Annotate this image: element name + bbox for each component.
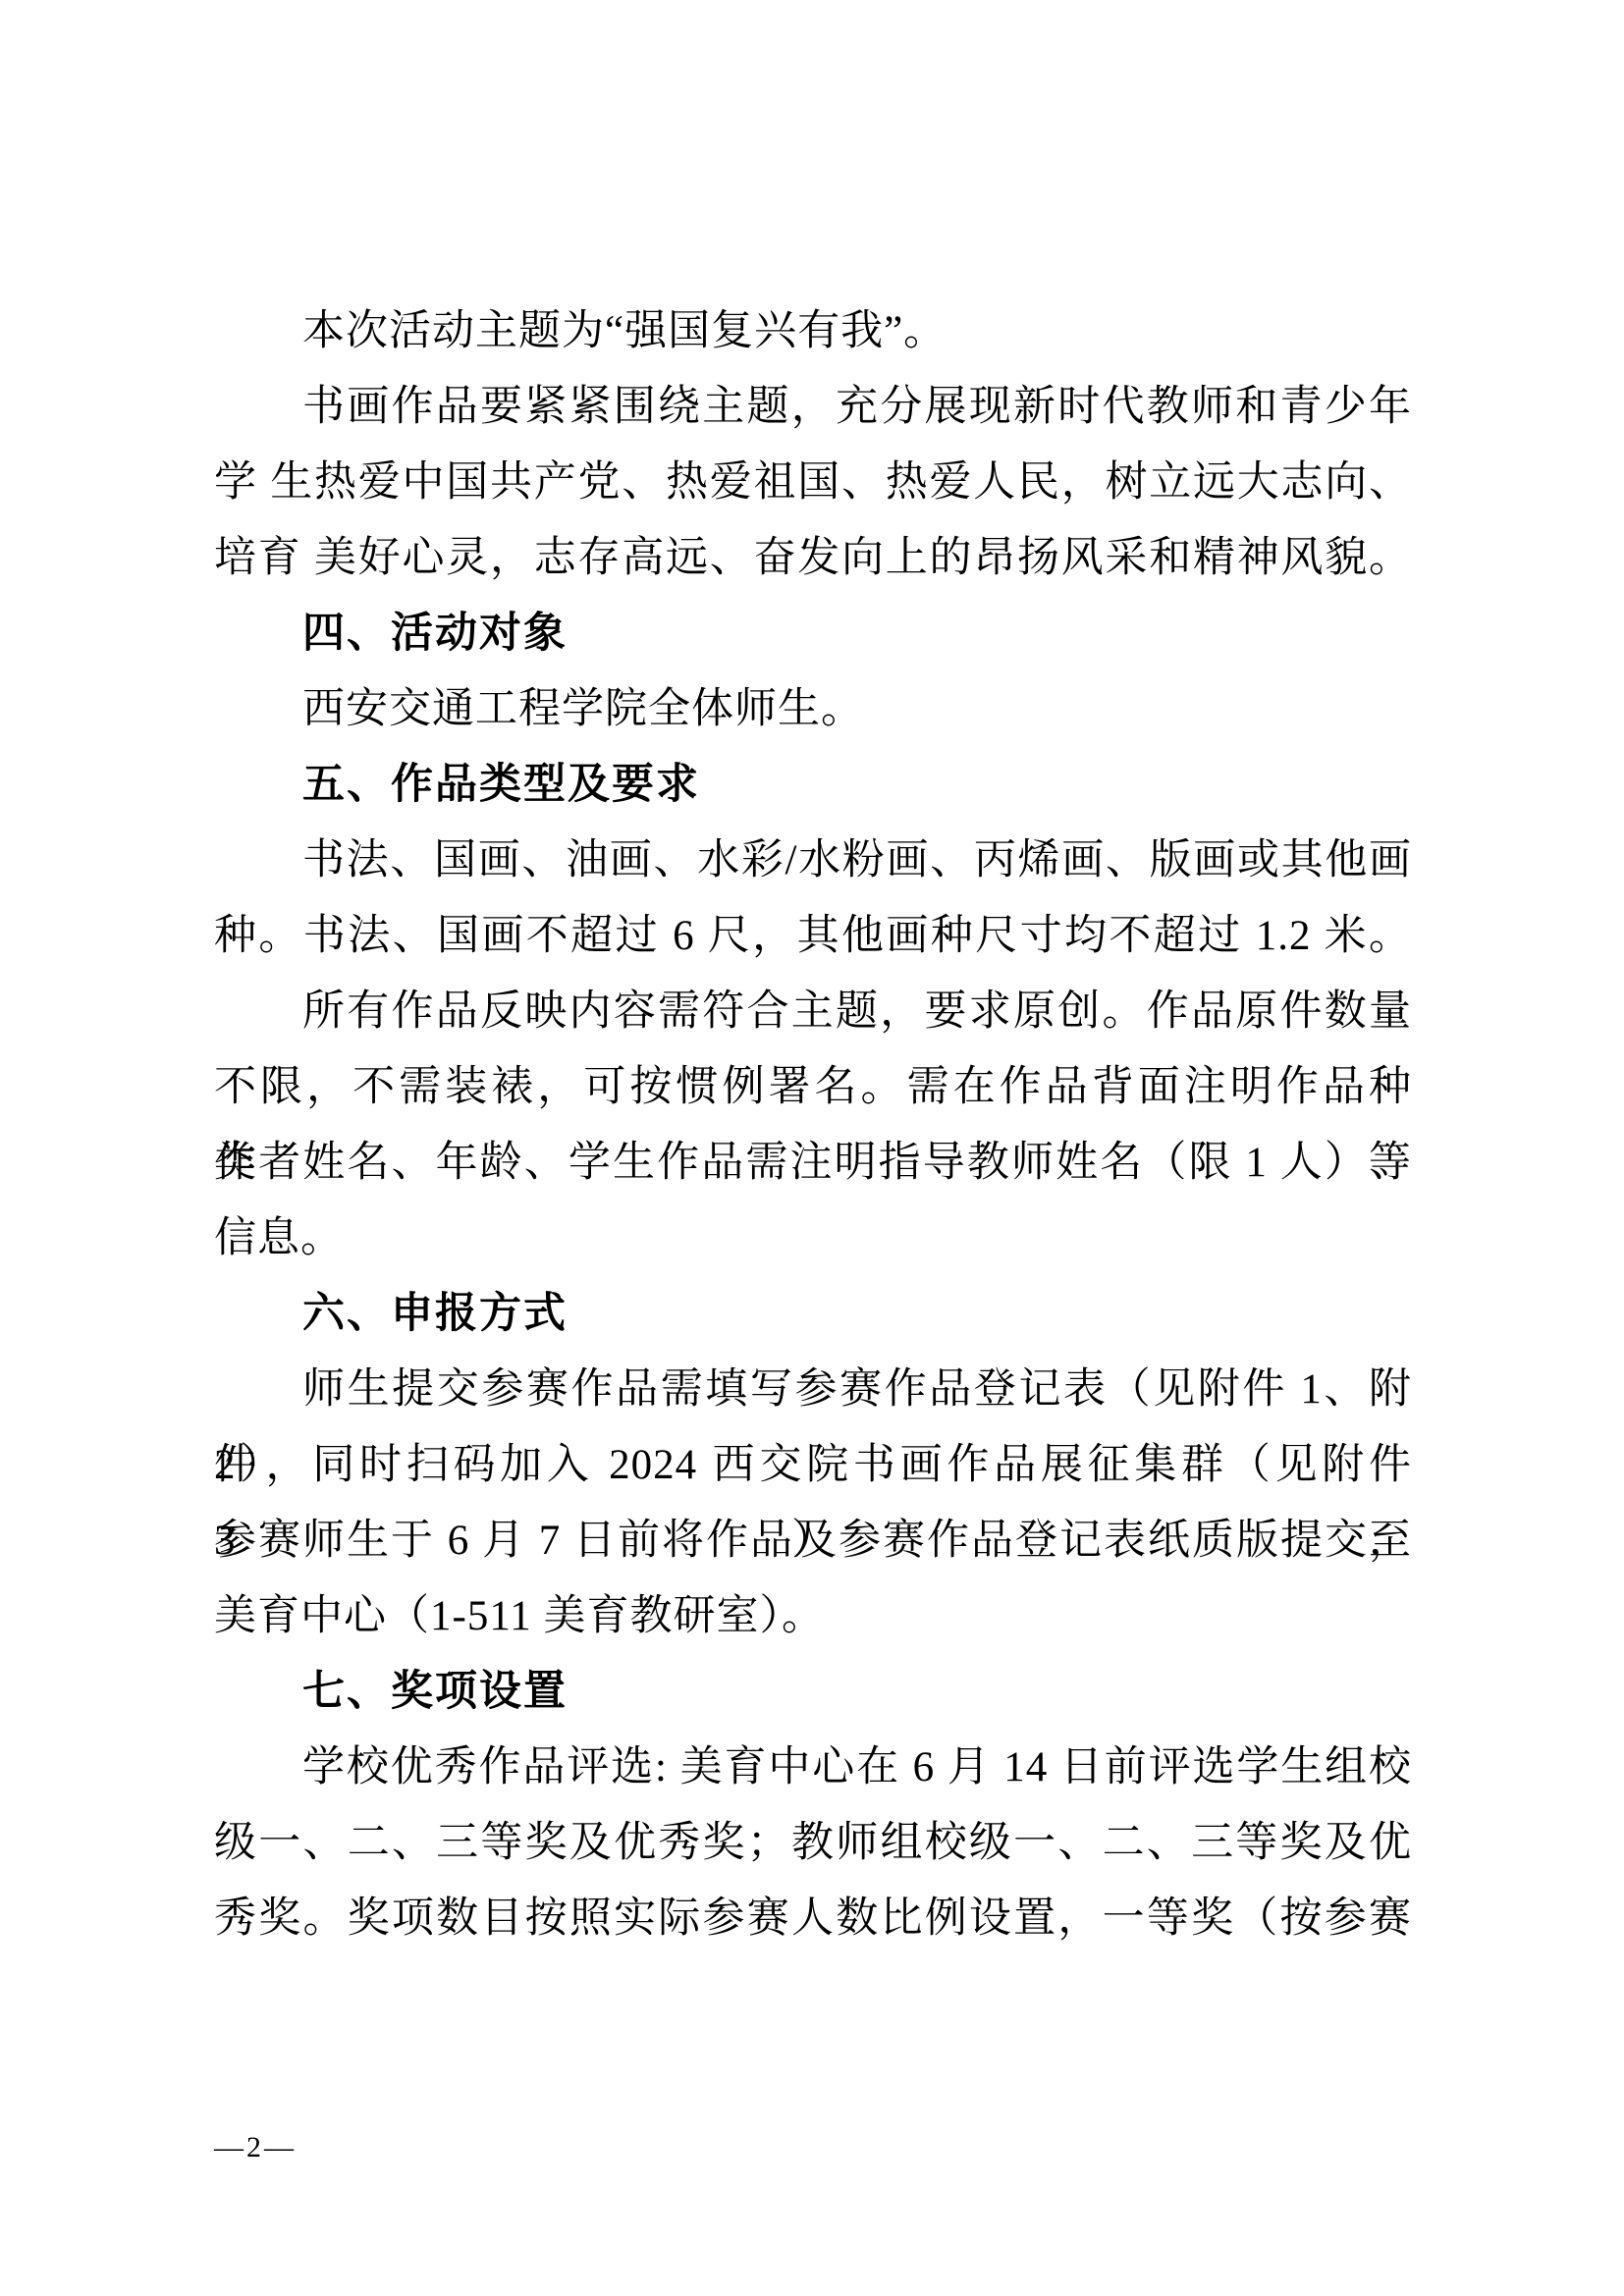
text-line: 学校优秀作品评选: 美育中心在 6 月 14 日前评选学生组校: [214, 1730, 1412, 1805]
text-line: 秀奖。奖项数目按照实际参赛人数比例设置，一等奖（按参赛: [214, 1881, 1412, 1956]
text-line: 美育中心（1-511 美育教研室）。: [214, 1578, 1412, 1654]
section-heading: 七、奖项设置: [214, 1654, 1412, 1730]
text-line: 2），同时扫码加入 2024 西交院书画作品展征集群（见附件 3），: [214, 1427, 1412, 1503]
section-heading: 五、作品类型及要求: [214, 747, 1412, 823]
text-line: 学 生热爱中国共产党、热爱祖国、热爱人民，树立远大志向、: [214, 445, 1412, 520]
text-line: 级一、二、三等奖及优秀奖；教师组校级一、二、三等奖及优: [214, 1805, 1412, 1881]
text-line: 参赛师生于 6 月 7 日前将作品及参赛作品登记表纸质版提交至: [214, 1503, 1412, 1578]
text-line: 西安交通工程学院全体师生。: [214, 671, 1412, 747]
text-line: 种。书法、国画不超过 6 尺，其他画种尺寸均不超过 1.2 米。: [214, 898, 1412, 974]
document-body: 本次活动主题为“强国复兴有我”。书画作品要紧紧围绕主题，充分展现新时代教师和青少…: [214, 294, 1412, 1956]
text-line: 师生提交参赛作品需填写参赛作品登记表（见附件 1、附件: [214, 1352, 1412, 1427]
page-number: —2—: [214, 2128, 297, 2167]
text-line: 不限，不需装裱，可按惯例署名。需在作品背面注明作品种类、: [214, 1049, 1412, 1125]
document-page: 本次活动主题为“强国复兴有我”。书画作品要紧紧围绕主题，充分展现新时代教师和青少…: [0, 0, 1624, 2296]
text-line: 本次活动主题为“强国复兴有我”。: [214, 294, 1412, 369]
text-line: 作者姓名、年龄、学生作品需注明指导教师姓名（限 1 人）等: [214, 1125, 1412, 1201]
text-line: 书画作品要紧紧围绕主题，充分展现新时代教师和青少年: [214, 369, 1412, 445]
text-line: 书法、国画、油画、水彩/水粉画、丙烯画、版画或其他画: [214, 823, 1412, 898]
text-line: 培育 美好心灵，志存高远、奋发向上的昂扬风采和精神风貌。: [214, 520, 1412, 596]
section-heading: 六、申报方式: [214, 1276, 1412, 1352]
text-line: 信息。: [214, 1201, 1412, 1276]
text-line: 所有作品反映内容需符合主题，要求原创。作品原件数量: [214, 974, 1412, 1049]
section-heading: 四、活动对象: [214, 596, 1412, 671]
